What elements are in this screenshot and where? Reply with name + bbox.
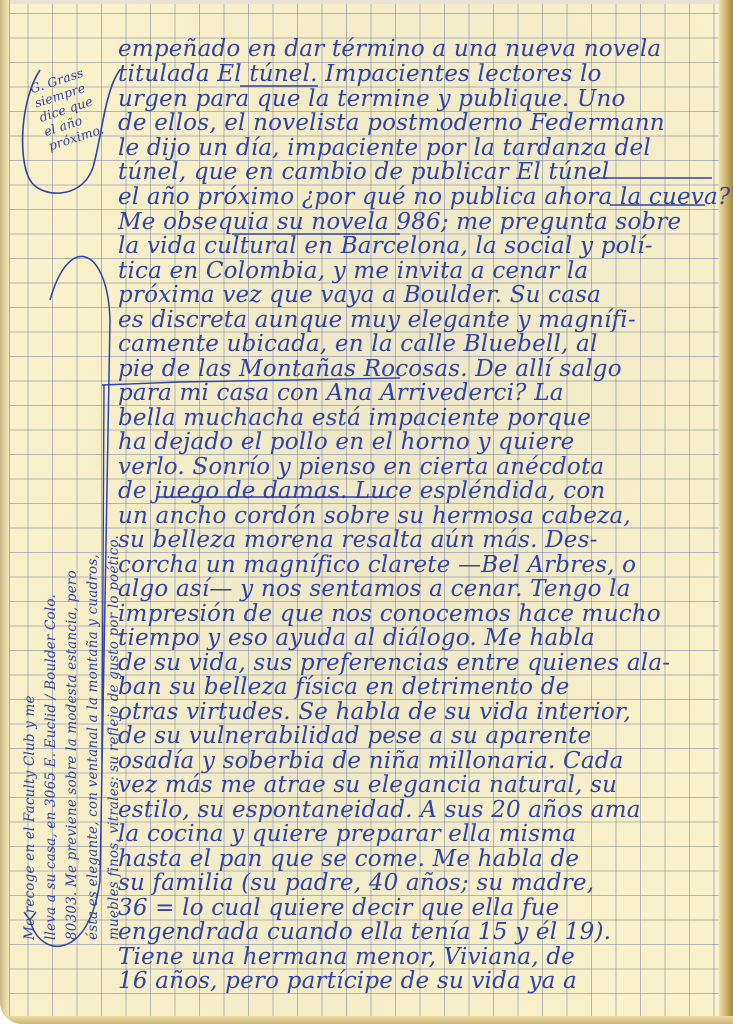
body-line: 16 años, pero partícipe de su vida ya a <box>118 966 718 996</box>
vertical-margin-note: Me recoge en el Faculty Club y me lleva … <box>20 180 125 940</box>
vertical-note-line: 80303. Me previene sobre la modesta esta… <box>62 180 83 940</box>
page-bottom-edge <box>0 1016 733 1024</box>
page-top-strip <box>0 0 733 4</box>
page-binding-edge <box>0 0 10 1024</box>
vertical-note-line: ésta es elegante, con ventanal a la mont… <box>83 180 104 940</box>
page-right-edge <box>719 0 733 1024</box>
vertical-note-line: lleva a su casa, en 3065 E. Euclid / Bou… <box>41 180 62 940</box>
notebook-page: G. Grass siempre dice que el año próximo… <box>0 0 733 1024</box>
vertical-note-line: Me recoge en el Faculty Club y me <box>20 180 41 940</box>
